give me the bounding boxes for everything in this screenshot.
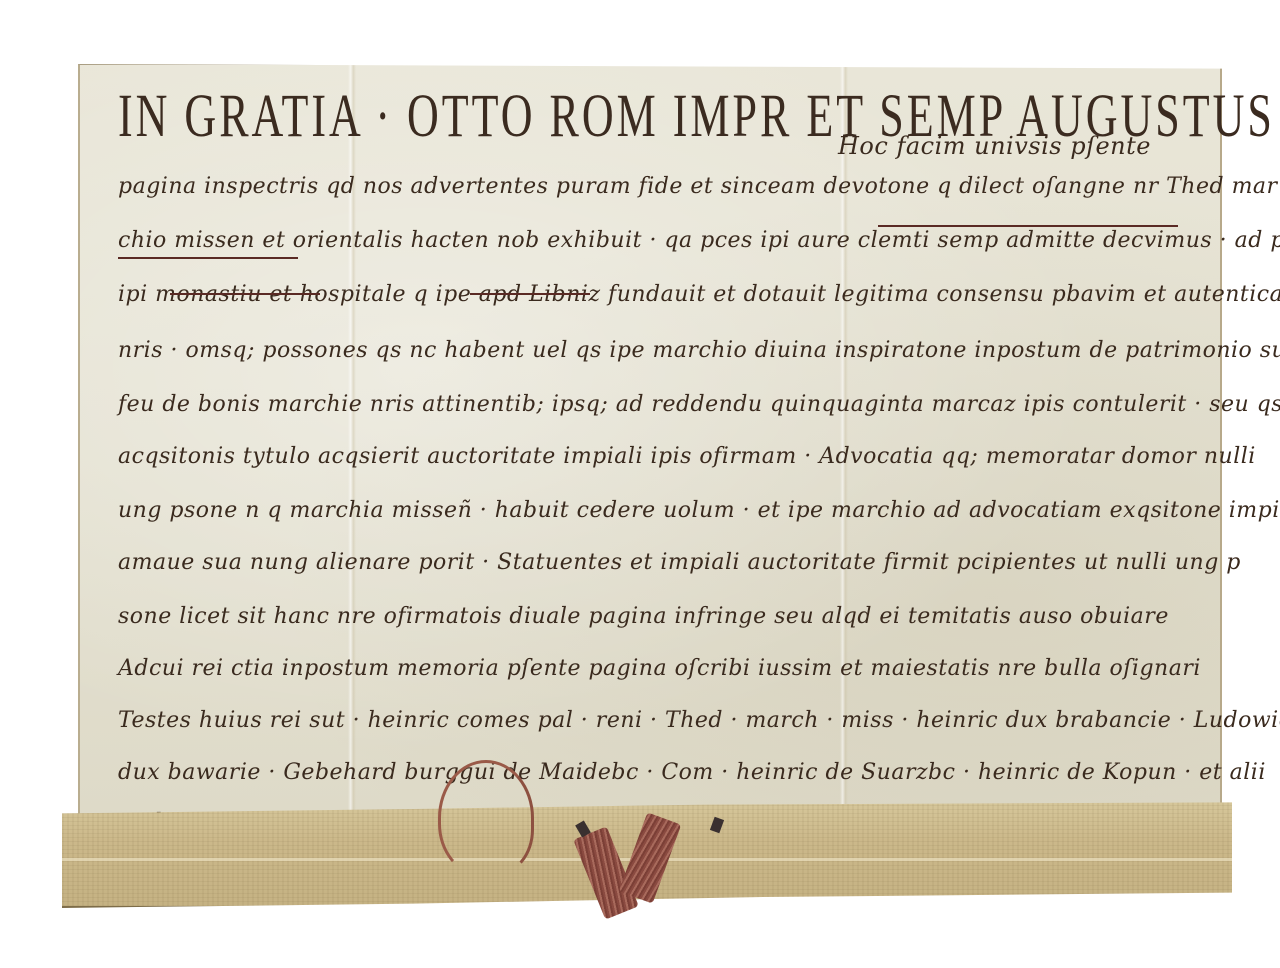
ink-underline [878, 225, 1178, 227]
ink-underline [470, 293, 590, 295]
charter-line: nris · omsq; possones qs nc habent uel q… [118, 338, 1280, 363]
charter-line: pagina inspectris qd nos advertentes pur… [118, 174, 1278, 199]
charter-line: feu de bonis marchie nris attinentib; ip… [118, 392, 1280, 417]
charter-line: acqsitonis tytulo acqsierit auctoritate … [118, 444, 1256, 469]
charter-line: sone licet sit hanc nre ofirmatois diual… [118, 604, 1169, 629]
charter-line: amaue sua nung alienare porit · Statuent… [118, 550, 1241, 575]
charter-line: dux bawarie · Gebehard burggui de Maideb… [118, 760, 1266, 785]
ink-underline [118, 257, 298, 259]
seal-cord-loop [438, 760, 534, 876]
charter-line: Testes huius rei sut · heinric comes pal… [118, 708, 1280, 733]
charter-line: chio missen et orientalis hacten nob exh… [118, 228, 1280, 253]
charter-line: Hoc facim univsis pſente [838, 132, 1151, 160]
charter-line: Adcui rei ctia inpostum memoria pſente p… [118, 656, 1201, 681]
charter-line: ung psone n q marchia misseñ · habuit ce… [118, 498, 1280, 523]
ink-underline [170, 293, 320, 295]
